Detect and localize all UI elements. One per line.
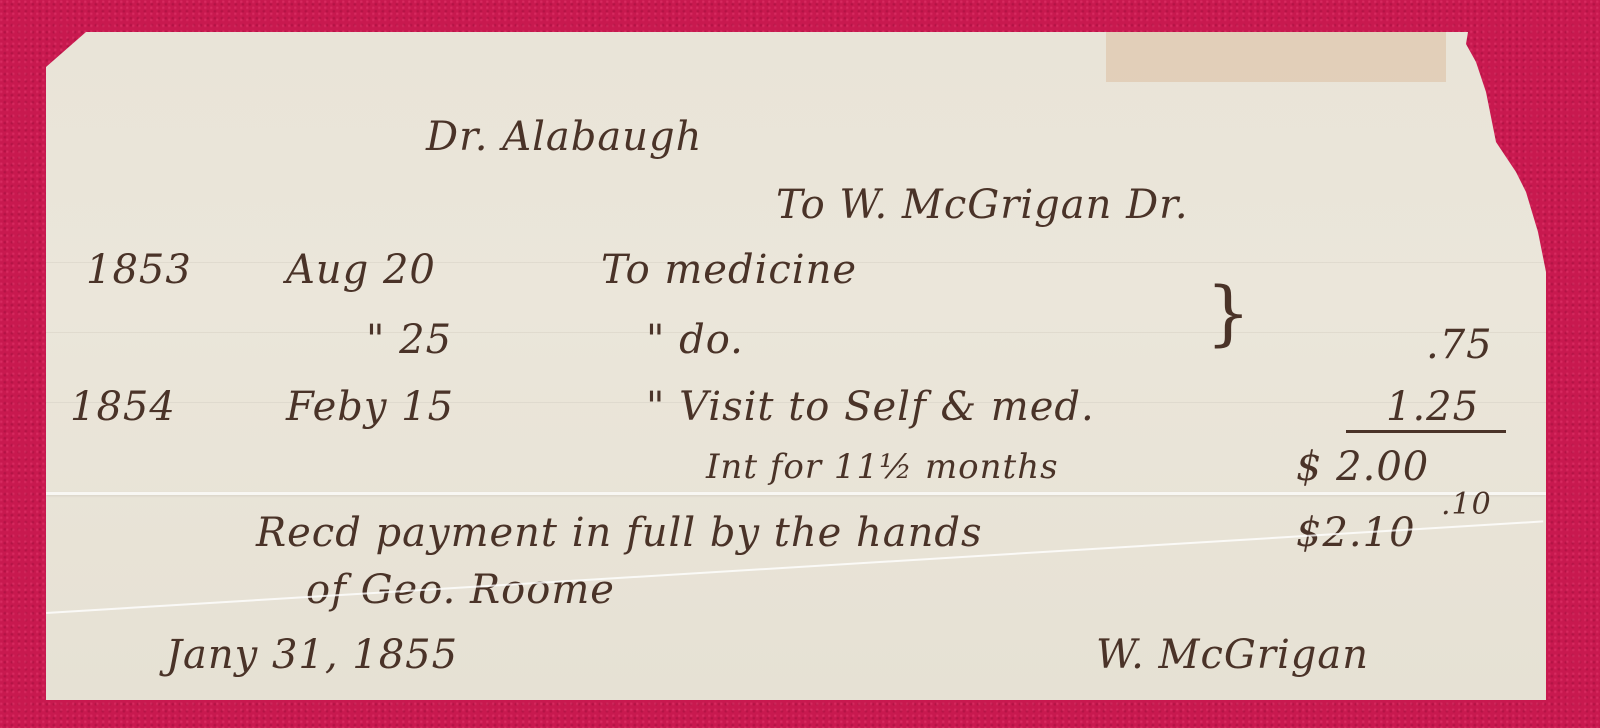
- receipt-paper: Dr. Alabaugh To W. McGrigan Dr. 1853 Aug…: [46, 32, 1546, 700]
- interest-amount: .10: [1441, 487, 1492, 522]
- entry-year: 1854: [70, 384, 176, 430]
- entry-amount: .75: [1426, 322, 1493, 368]
- paper-fold: [46, 492, 1546, 495]
- signature: W. McGrigan: [1096, 632, 1369, 678]
- paper-rule: [46, 332, 1546, 333]
- entry-date: Aug 20: [286, 247, 436, 293]
- entry-amount: 1.25: [1386, 384, 1479, 430]
- receipt-line: Recd payment in full by the hands: [256, 510, 983, 556]
- entry-date: " 25: [366, 317, 452, 363]
- entry-description: " do.: [646, 317, 744, 363]
- sum-underline: [1346, 430, 1506, 433]
- entry-description: To medicine: [601, 247, 857, 293]
- receipt-payer: of Geo. Roome: [306, 567, 615, 613]
- subtotal: $ 2.00: [1296, 444, 1429, 490]
- tape-strip: [1106, 32, 1446, 82]
- interest-line: Int for 11½ months: [706, 447, 1059, 487]
- entry-date: Feby 15: [286, 384, 454, 430]
- entry-description: " Visit to Self & med.: [646, 384, 1095, 430]
- brace-symbol: }: [1206, 272, 1252, 354]
- date-signed: Jany 31, 1855: [166, 632, 458, 678]
- addressee: Dr. Alabaugh: [426, 114, 702, 160]
- to-line: To W. McGrigan Dr.: [776, 182, 1189, 228]
- entry-year: 1853: [86, 247, 192, 293]
